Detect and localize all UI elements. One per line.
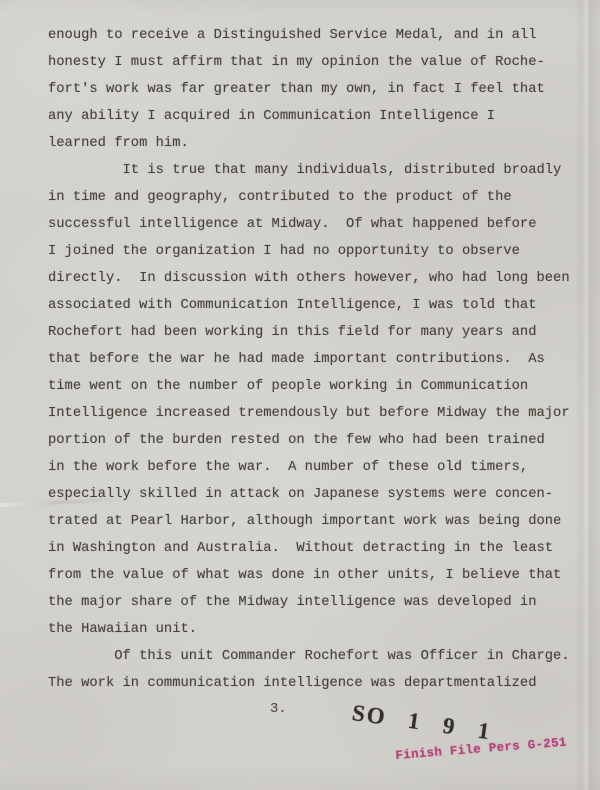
serial-number-stamp: SO 1 9 1 — [350, 700, 493, 745]
text-line: in time and geography, contributed to th… — [48, 184, 570, 211]
text-line: the Hawaiian unit. — [48, 616, 570, 643]
text-line: learned from him. — [48, 130, 570, 157]
text-line: The work in communication intelligence w… — [48, 670, 570, 697]
text-line: especially skilled in attack on Japanese… — [48, 481, 570, 508]
text-line: from the value of what was done in other… — [48, 562, 570, 589]
text-line: portion of the burden rested on the few … — [48, 427, 570, 454]
text-line: in the work before the war. A number of … — [48, 454, 570, 481]
page-number: 3. — [270, 702, 287, 717]
text-line: the major share of the Midway intelligen… — [48, 589, 570, 616]
typed-text-block: enough to receive a Distinguished Servic… — [48, 22, 570, 697]
document-page: enough to receive a Distinguished Servic… — [0, 0, 600, 790]
text-line: Intelligence increased tremendously but … — [48, 400, 570, 427]
paper-crease-right — [574, 0, 600, 790]
text-line: I joined the organization I had no oppor… — [48, 238, 570, 265]
text-line: Of this unit Commander Rochefort was Off… — [48, 643, 570, 670]
text-line: successful intelligence at Midway. Of wh… — [48, 211, 570, 238]
text-line: in Washington and Australia. Without det… — [48, 535, 570, 562]
text-line: directly. In discussion with others howe… — [48, 265, 570, 292]
text-line: enough to receive a Distinguished Servic… — [48, 22, 570, 49]
text-line: any ability I acquired in Communication … — [48, 103, 570, 130]
text-line: that before the war he had made importan… — [48, 346, 570, 373]
text-line: time went on the number of people workin… — [48, 373, 570, 400]
text-line: Rochefort had been working in this field… — [48, 319, 570, 346]
text-line: honesty I must affirm that in my opinion… — [48, 49, 570, 76]
text-line: fort's work was far greater than my own,… — [48, 76, 570, 103]
text-line: It is true that many individuals, distri… — [48, 157, 570, 184]
text-line: associated with Communication Intelligen… — [48, 292, 570, 319]
text-line: trated at Pearl Harbor, although importa… — [48, 508, 570, 535]
